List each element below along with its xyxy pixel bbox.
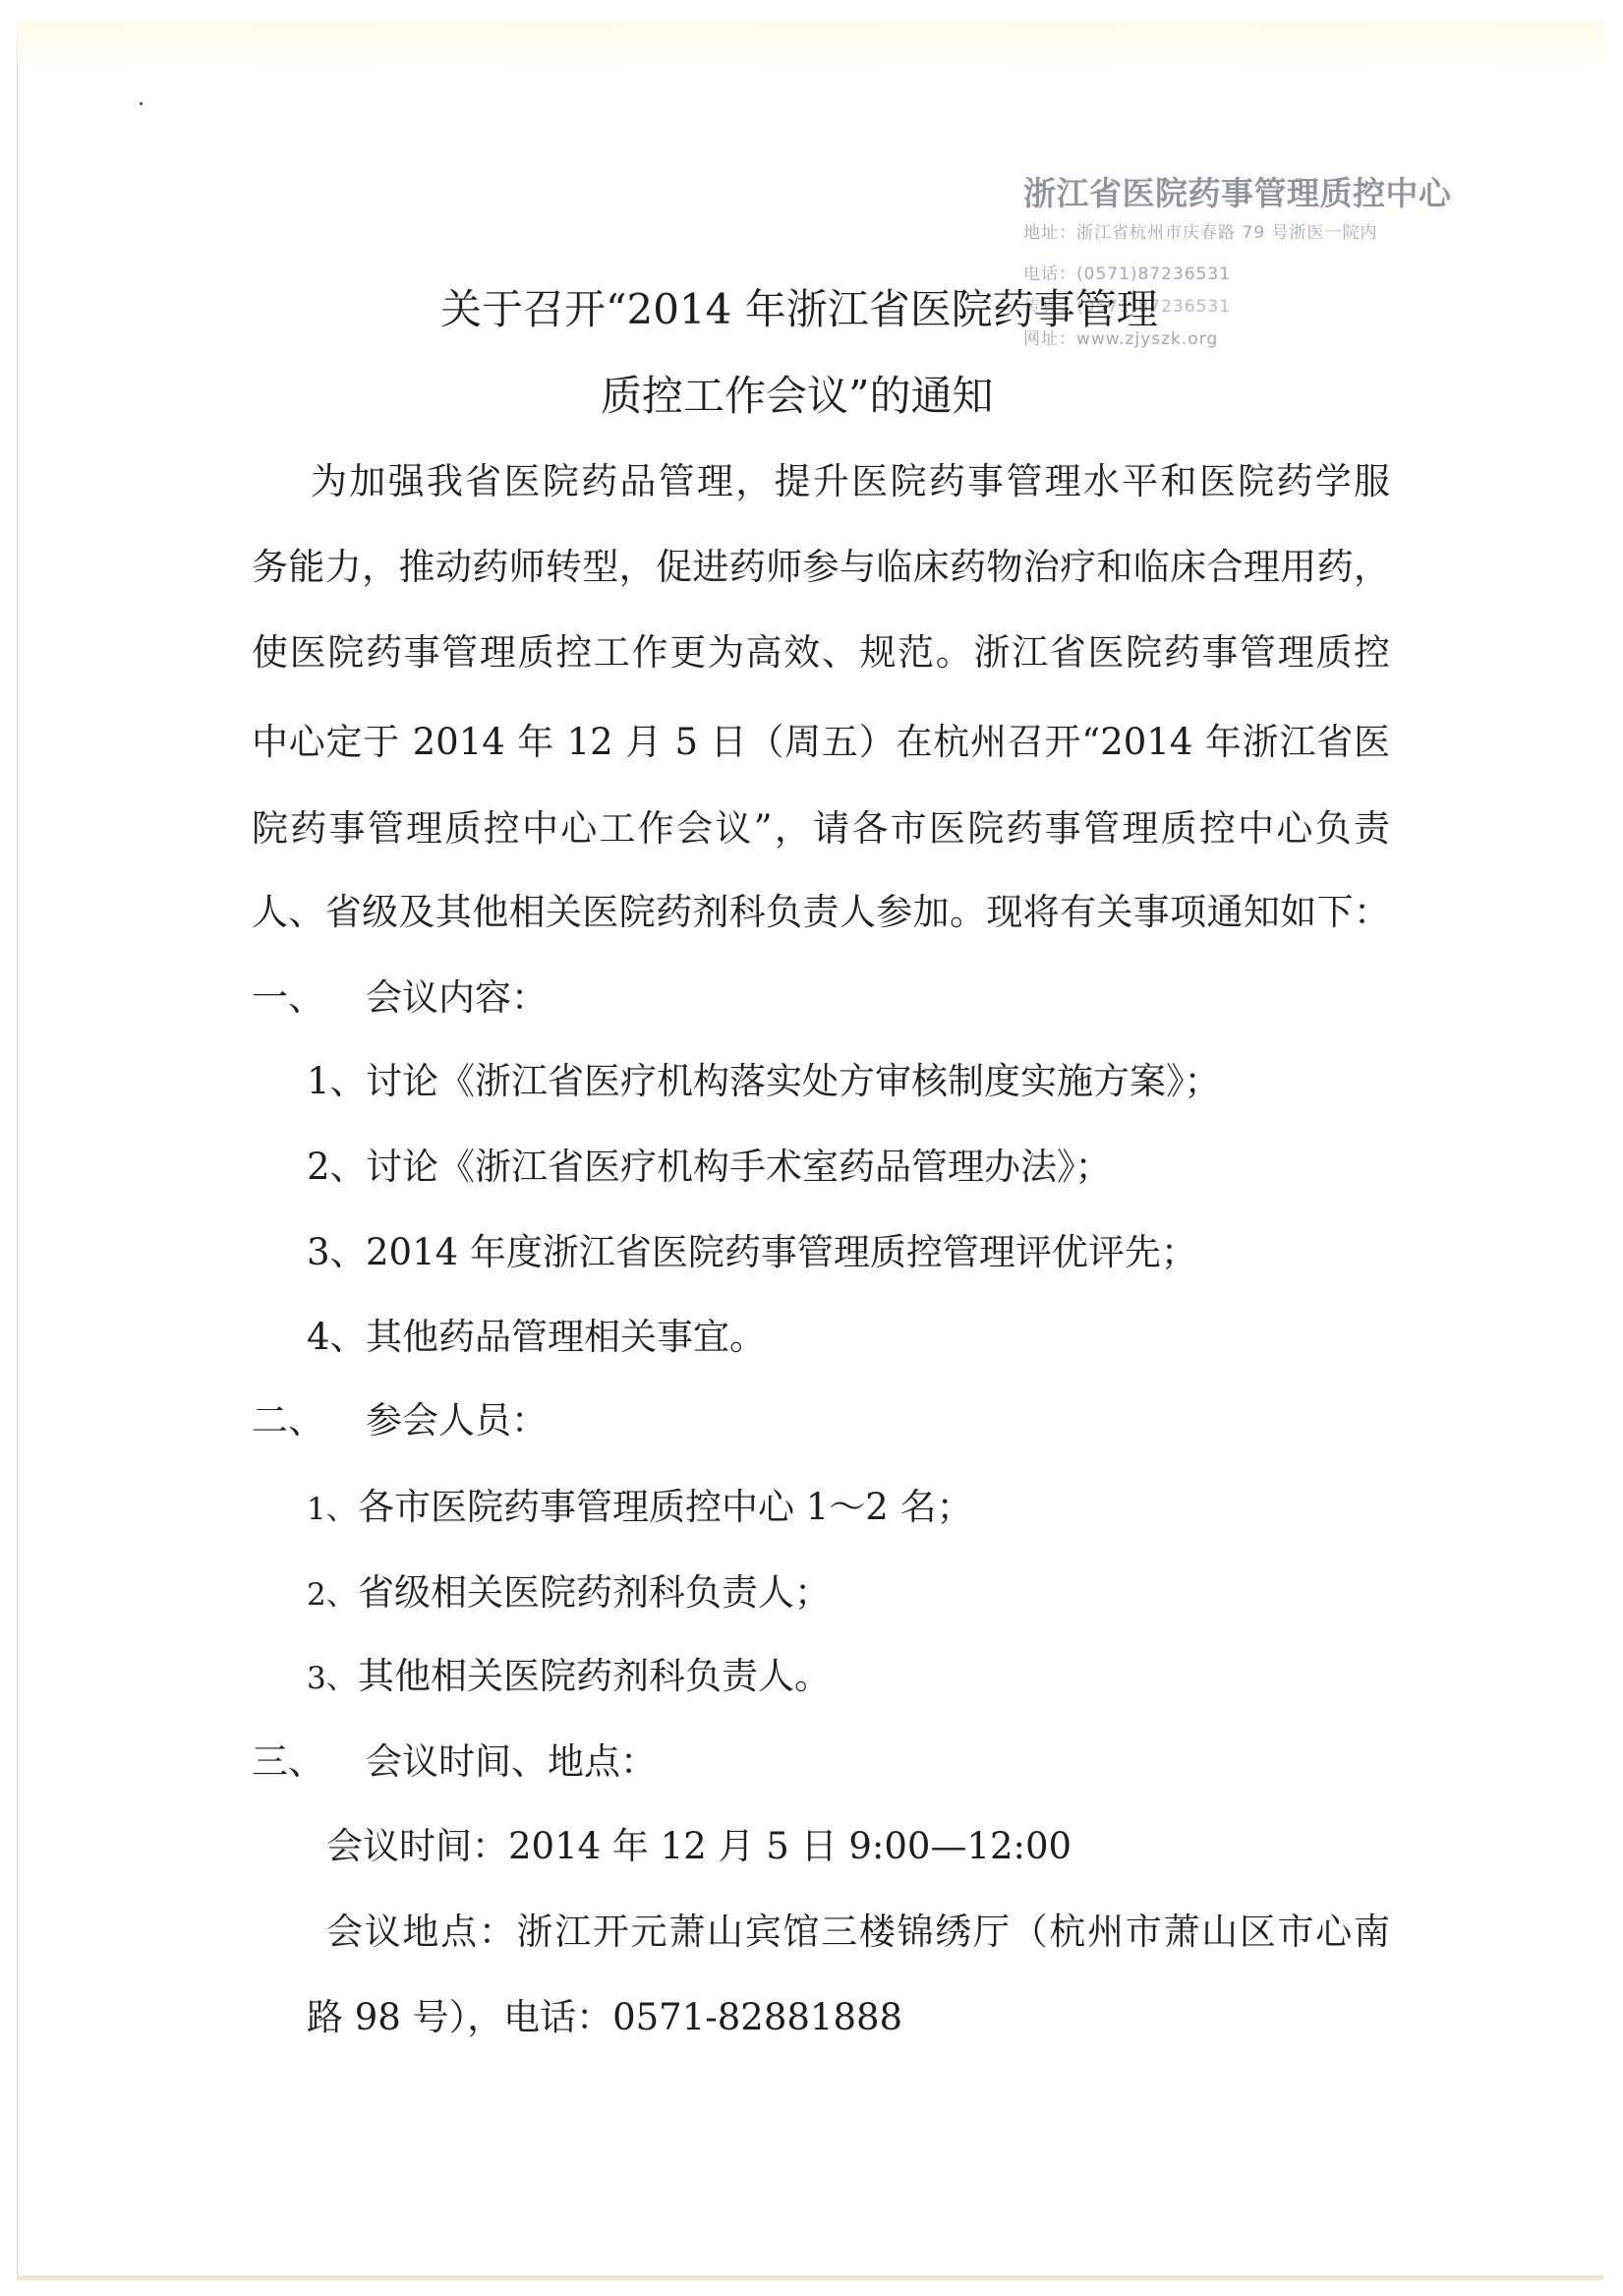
intro-line: 务能力，推动药师转型，促进药师参与临床药物治疗和临床合理用药， (252, 546, 1390, 589)
list-item-number: 1、 (307, 1488, 357, 1531)
list-item-number: 3、 (307, 1657, 357, 1700)
list-item-text: 其他相关医院药剂科负责人。 (358, 1655, 831, 1698)
document-title-line-1: 关于召开“2014 年浙江省医院药事管理 (440, 285, 1158, 334)
intro-line: 人、省级及其他相关医院药剂科负责人参加。现将有关事项通知如下： (252, 891, 1390, 934)
letterhead-phone: 电话：(0571)87236531 (1023, 260, 1231, 284)
intro-line: 院药事管理质控中心工作会议”，请各市医院药事管理质控中心负责 (252, 807, 1390, 851)
list-item-text: 讨论《浙江省医疗机构落实处方审核制度实施方案》； (366, 1060, 1221, 1103)
list-item-text: 2014 年度浙江省医院药事管理质控管理评优评先； (366, 1231, 1197, 1274)
list-item-number: 3、 (307, 1231, 367, 1274)
intro-line: 使医院药事管理质控工作更为高效、规范。浙江省医院药事管理质控 (252, 631, 1390, 675)
document-title-line-2: 质控工作会议”的通知 (601, 372, 993, 421)
list-item-number: 4、 (307, 1316, 367, 1359)
letterhead-address: 地址：浙江省杭州市庆春路 79 号浙医一院内 (1023, 218, 1377, 243)
intro-line: 为加强我省医院药品管理，提升医院药事管理水平和医院药学服 (311, 460, 1390, 503)
list-item-text: 省级相关医院药剂科负责人； (358, 1571, 831, 1615)
scan-speck (140, 102, 143, 105)
list-item-number: 2、 (307, 1146, 367, 1189)
scan-edge-tint (17, 22, 1602, 71)
meeting-location-line-1: 会议地点：浙江开元萧山宾馆三楼锦绣厅（杭州市萧山区市心南 (326, 1911, 1390, 1954)
meeting-location-line-2: 路 98 号），电话：0571-82881888 (307, 1996, 902, 2039)
section-heading: 会议时间、地点： (366, 1740, 657, 1784)
letterhead-org-name: 浙江省医院药事管理质控中心 (1023, 168, 1452, 214)
section-number: 二、 (252, 1399, 324, 1442)
list-item-text: 各市医院药事管理质控中心 1～2 名； (358, 1486, 973, 1529)
section-heading: 参会人员： (366, 1399, 548, 1442)
list-item-number: 2、 (307, 1573, 357, 1617)
list-item-number: 1、 (307, 1060, 367, 1103)
intro-line: 中心定于 2014 年 12 月 5 日（周五）在杭州召开“2014 年浙江省医 (252, 721, 1390, 764)
meeting-time: 会议时间：2014 年 12 月 5 日 9:00—12:00 (326, 1825, 1072, 1868)
section-heading: 会议内容： (366, 976, 548, 1020)
section-number: 一、 (252, 976, 324, 1020)
list-item-text: 其他药品管理相关事宜。 (366, 1316, 766, 1359)
list-item-text: 讨论《浙江省医疗机构手术室药品管理办法》； (366, 1146, 1112, 1189)
section-number: 三、 (252, 1740, 324, 1784)
